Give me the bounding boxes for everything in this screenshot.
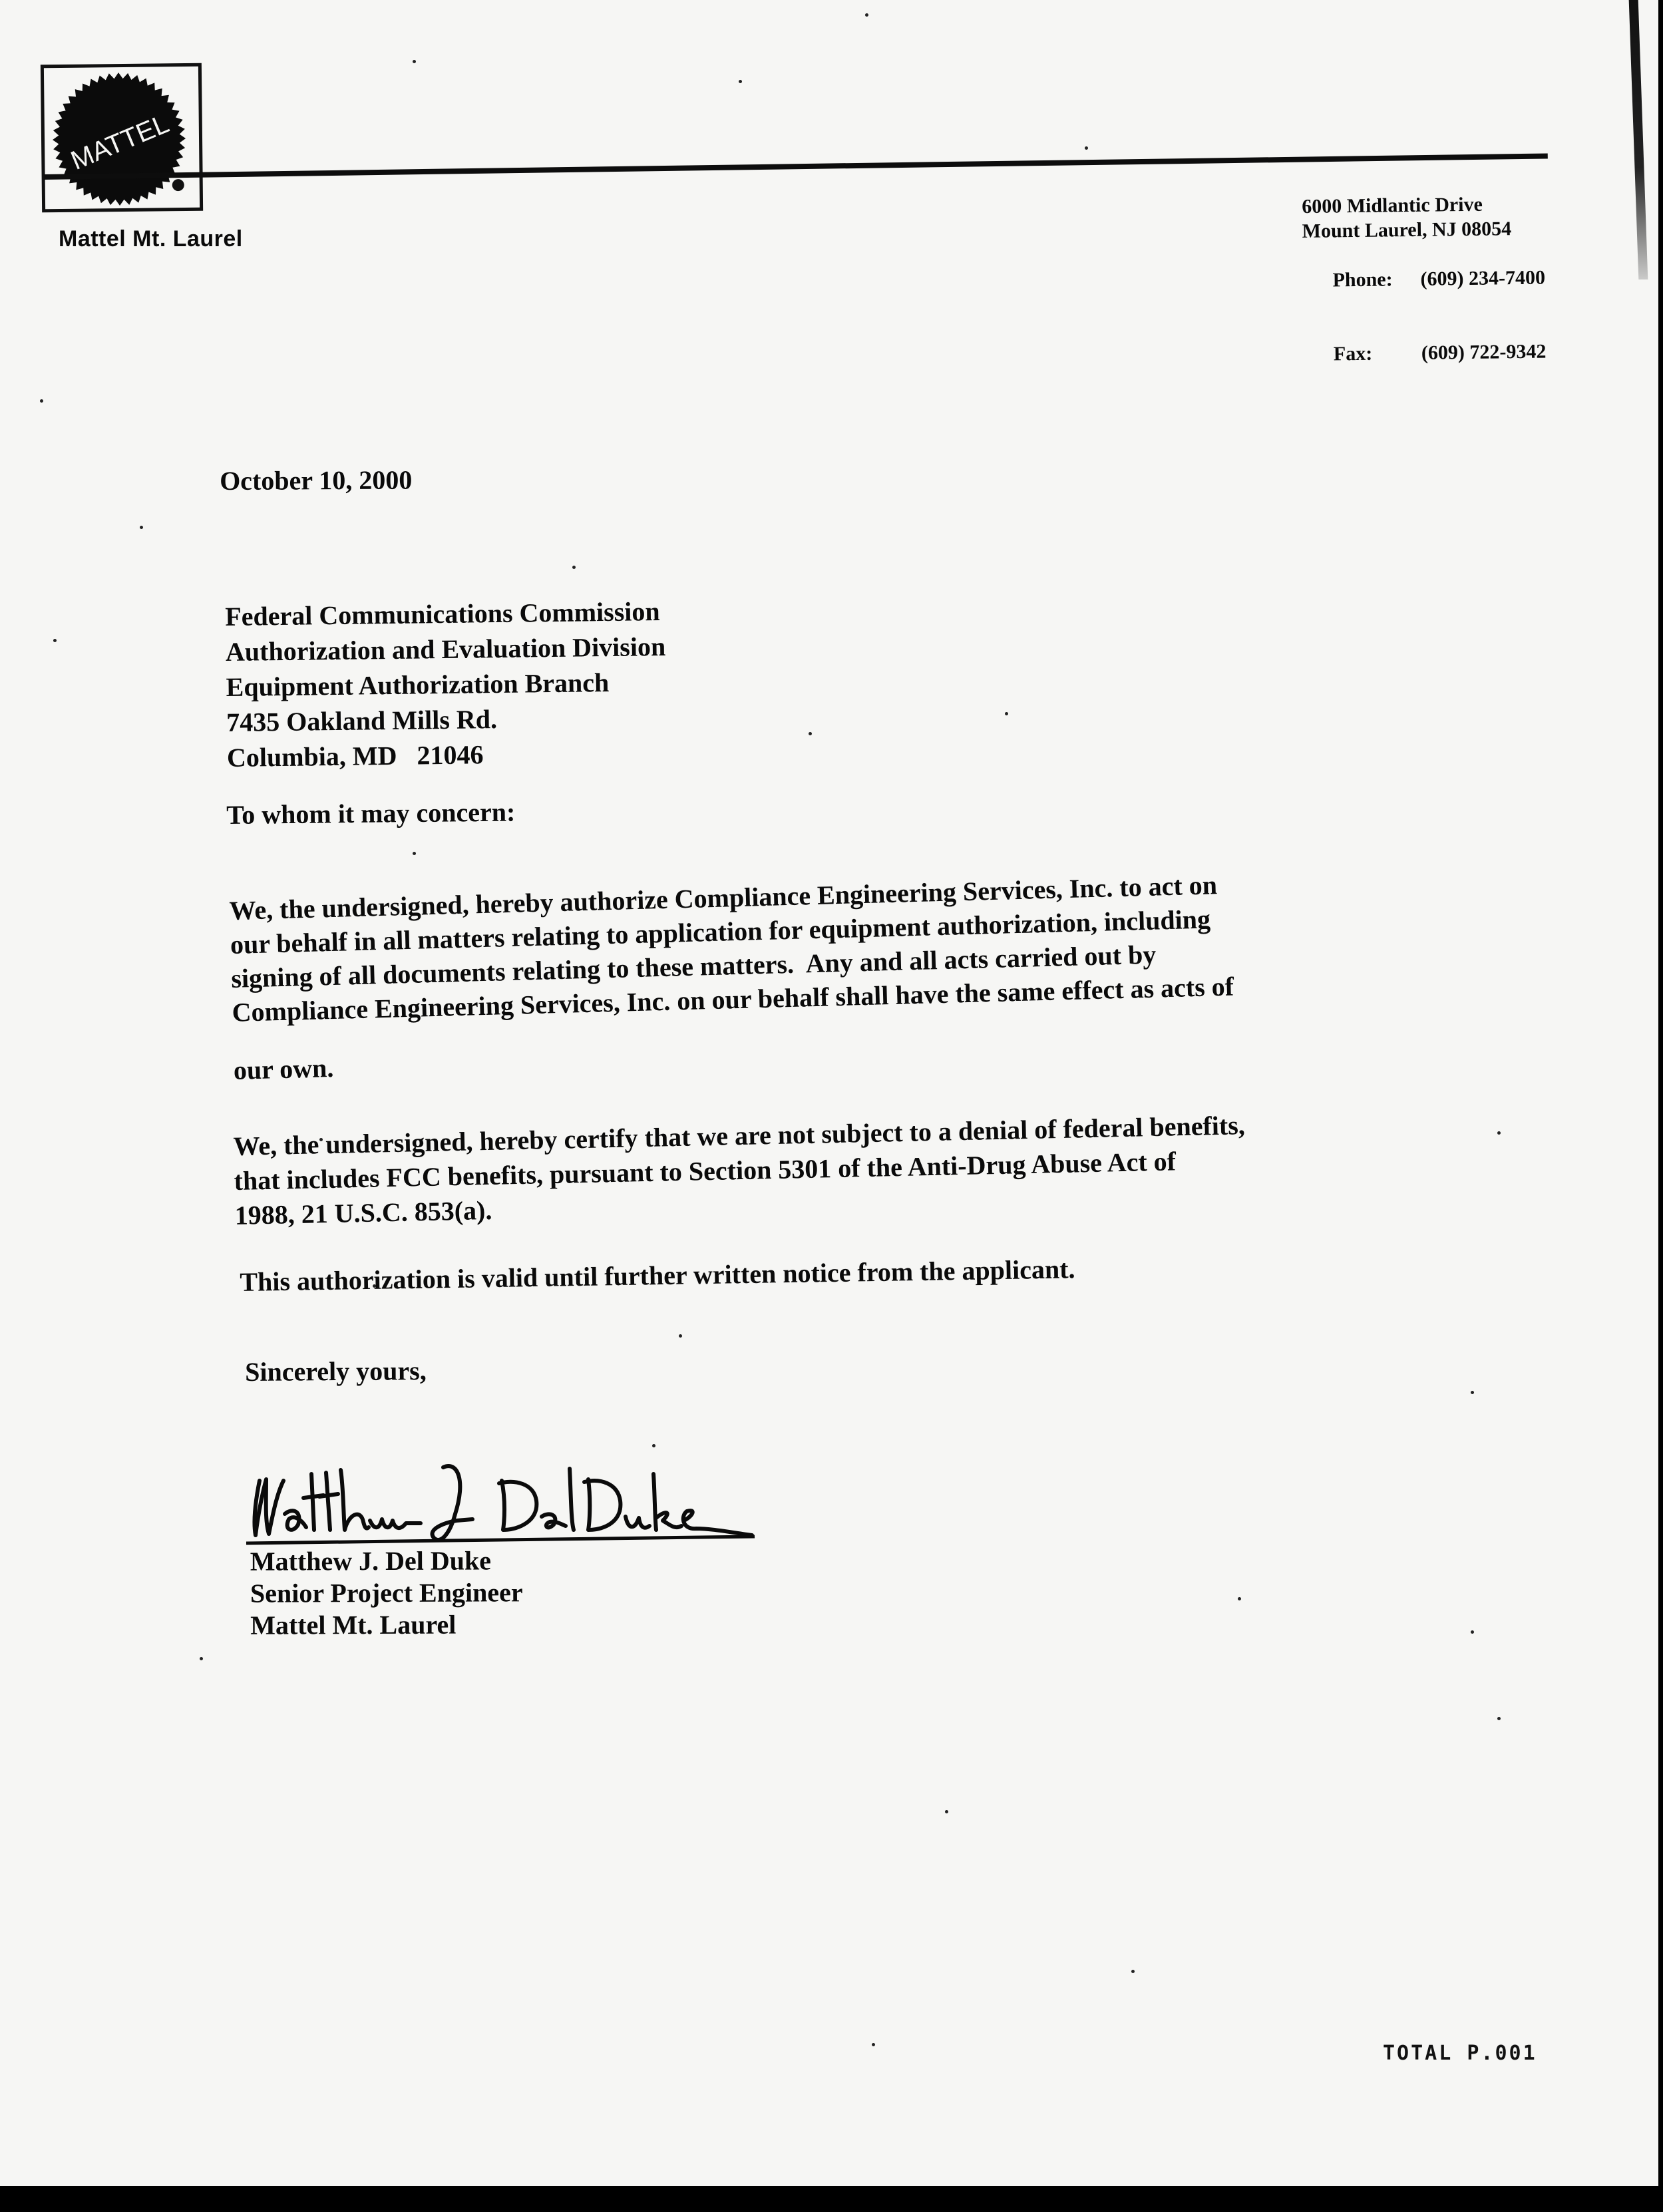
recipient-line: 7435 Oakland Mills Rd. bbox=[226, 699, 667, 740]
return-address: 6000 Midlantic Drive Mount Laurel, NJ 08… bbox=[1302, 192, 1547, 391]
letter-date: October 10, 2000 bbox=[220, 463, 412, 498]
signer-title: Senior Project Engineer bbox=[250, 1576, 523, 1609]
paragraph-validity: This authorization is valid until furthe… bbox=[240, 1252, 1075, 1299]
fax-page-count: TOTAL P.001 bbox=[1383, 2042, 1537, 2065]
fax-row: Fax:(609) 722-9342 bbox=[1303, 315, 1547, 391]
recipient-line: Equipment Authorization Branch bbox=[226, 664, 666, 705]
mattel-starburst-logo-icon: MATTEL bbox=[44, 67, 200, 209]
company-name: Mattel Mt. Laurel bbox=[59, 226, 243, 252]
phone-label: Phone: bbox=[1332, 267, 1420, 293]
scan-edge-artifact bbox=[1629, 0, 1648, 279]
letterhead-rule bbox=[44, 153, 1548, 180]
signer-name: Matthew J. Del Duke bbox=[250, 1545, 523, 1577]
recipient-line: Authorization and Evaluation Division bbox=[226, 629, 666, 669]
recipient-line: Federal Communications Commission bbox=[225, 594, 665, 634]
fax-page: MATTEL Mattel Mt. Laurel 6000 Midlantic … bbox=[0, 0, 1658, 2186]
recipient-address: Federal Communications Commission Author… bbox=[225, 594, 667, 775]
signer-company: Mattel Mt. Laurel bbox=[250, 1608, 523, 1641]
salutation: To whom it may concern: bbox=[226, 795, 516, 832]
address-line-2: Mount Laurel, NJ 08054 bbox=[1302, 216, 1545, 244]
handwritten-signature: Matthew J Del Duke bbox=[246, 1461, 765, 1547]
fax-number: (609) 722-9342 bbox=[1421, 341, 1547, 364]
paragraph-certification: We, the undersigned, hereby certify that… bbox=[233, 1103, 1486, 1233]
mattel-logo: MATTEL bbox=[41, 63, 203, 213]
paragraph-authorization: We, the undersigned, hereby authorize Co… bbox=[229, 861, 1485, 1087]
signature-block: Matthew J. Del Duke Senior Project Engin… bbox=[250, 1545, 523, 1641]
address-line-1: 6000 Midlantic Drive bbox=[1302, 192, 1545, 219]
phone-number: (609) 234-7400 bbox=[1420, 267, 1545, 290]
recipient-line: Columbia, MD 21046 bbox=[227, 735, 667, 775]
phone-row: Phone:(609) 234-7400 bbox=[1302, 241, 1546, 317]
closing: Sincerely yours, bbox=[245, 1354, 427, 1389]
fax-label: Fax: bbox=[1334, 341, 1421, 367]
